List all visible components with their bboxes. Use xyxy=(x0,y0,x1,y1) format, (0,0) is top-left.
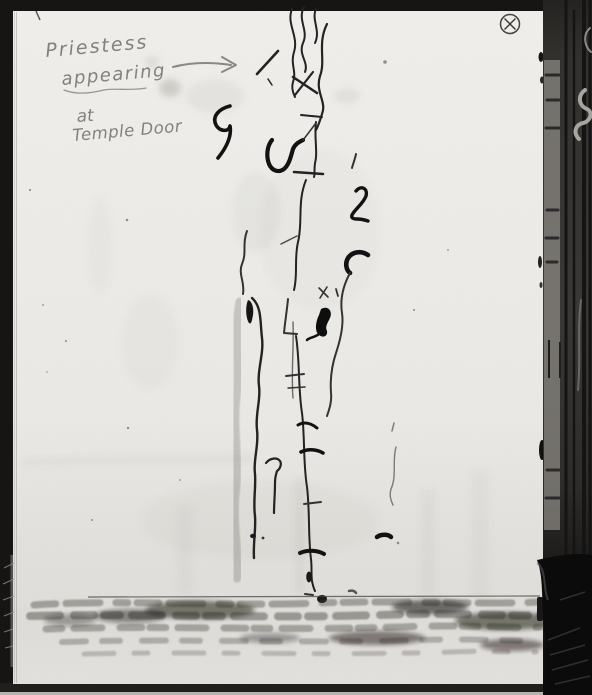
sketchbook-photo: Priestess appearing at Temple Door xyxy=(0,0,592,695)
bottom-dark-band xyxy=(0,683,592,692)
left-smudge-streak xyxy=(234,302,240,578)
right-page-strip xyxy=(537,0,592,695)
strip-bottom-mass xyxy=(537,554,592,695)
